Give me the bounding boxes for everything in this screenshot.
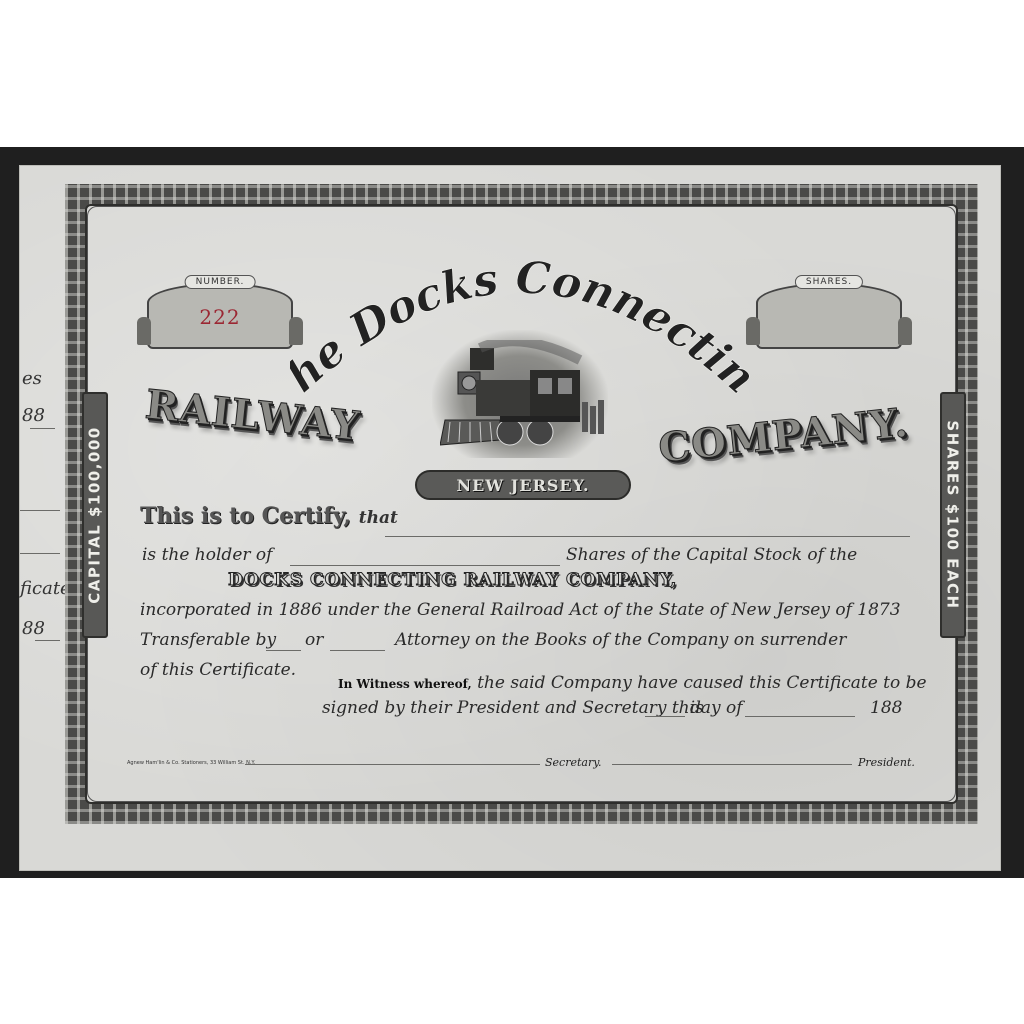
year-prefix: 188 bbox=[870, 698, 902, 718]
holder-of-text: is the holder of bbox=[142, 545, 272, 565]
month-line[interactable] bbox=[745, 716, 855, 717]
transferable-line[interactable] bbox=[266, 650, 301, 651]
company-name: DOCKS CONNECTING RAILWAY COMPANY, bbox=[228, 570, 677, 590]
attorney-text: Attorney on the Books of the Company on … bbox=[395, 630, 846, 650]
printer-imprint: Agnew Ham'lin & Co. Stationers, 33 Willi… bbox=[127, 760, 255, 766]
urn-plant-icon bbox=[898, 317, 912, 345]
shares-value-panel: SHARES $100 EACH bbox=[940, 392, 966, 638]
stub-fragment: es bbox=[22, 368, 42, 389]
attorney-line[interactable] bbox=[330, 650, 385, 651]
day-line[interactable] bbox=[645, 716, 685, 717]
secretary-signature-line[interactable] bbox=[245, 764, 540, 765]
witness-line: In Witness whereof, the said Company hav… bbox=[338, 673, 927, 693]
stub-fragment: 88 bbox=[22, 405, 45, 426]
number-cartouche: NUMBER. 222 bbox=[147, 283, 293, 349]
holder-name-line[interactable] bbox=[385, 536, 910, 537]
stub-fragment: 88 bbox=[22, 618, 45, 639]
certificate-number: 222 bbox=[149, 305, 291, 329]
stub-rule bbox=[35, 640, 60, 641]
state-banner-text: NEW JERSEY. bbox=[456, 476, 589, 495]
state-banner: NEW JERSEY. bbox=[415, 470, 631, 500]
capital-panel: CAPITAL $100,000 bbox=[82, 392, 108, 638]
day-of-text: day of bbox=[690, 698, 743, 718]
number-label: NUMBER. bbox=[185, 275, 256, 289]
stub-rule bbox=[20, 510, 60, 511]
stub-rule bbox=[30, 428, 55, 429]
secretary-label: Secretary. bbox=[545, 756, 601, 769]
urn-plant-icon bbox=[137, 317, 151, 345]
transferable-text: Transferable by bbox=[140, 630, 276, 650]
certify-that: that bbox=[359, 508, 398, 528]
stub-rule bbox=[20, 553, 60, 554]
president-label: President. bbox=[858, 756, 915, 769]
witness-lead: In Witness whereof, bbox=[338, 677, 472, 691]
certify-heading: This is to Certify, that bbox=[140, 503, 398, 529]
locomotive-icon bbox=[440, 340, 610, 460]
shares-label: SHARES. bbox=[795, 275, 863, 289]
share-count-line[interactable] bbox=[290, 565, 560, 566]
shares-cartouche: SHARES. bbox=[756, 283, 902, 349]
capital-text: CAPITAL $100,000 bbox=[86, 426, 104, 603]
certify-lead: This is to Certify, bbox=[140, 503, 351, 529]
incorporated-text: incorporated in 1886 under the General R… bbox=[140, 600, 901, 620]
witness-text: the said Company have caused this Certif… bbox=[477, 673, 927, 693]
of-certificate-text: of this Certificate. bbox=[140, 660, 296, 680]
shares-capital-text: Shares of the Capital Stock of the bbox=[566, 545, 857, 565]
or-text: or bbox=[305, 630, 323, 650]
president-signature-line[interactable] bbox=[612, 764, 852, 765]
shares-each-text: SHARES $100 EACH bbox=[944, 420, 962, 609]
stub-fragment: ficate bbox=[20, 578, 71, 599]
signed-by-text: signed by their President and Secretary … bbox=[322, 698, 704, 718]
